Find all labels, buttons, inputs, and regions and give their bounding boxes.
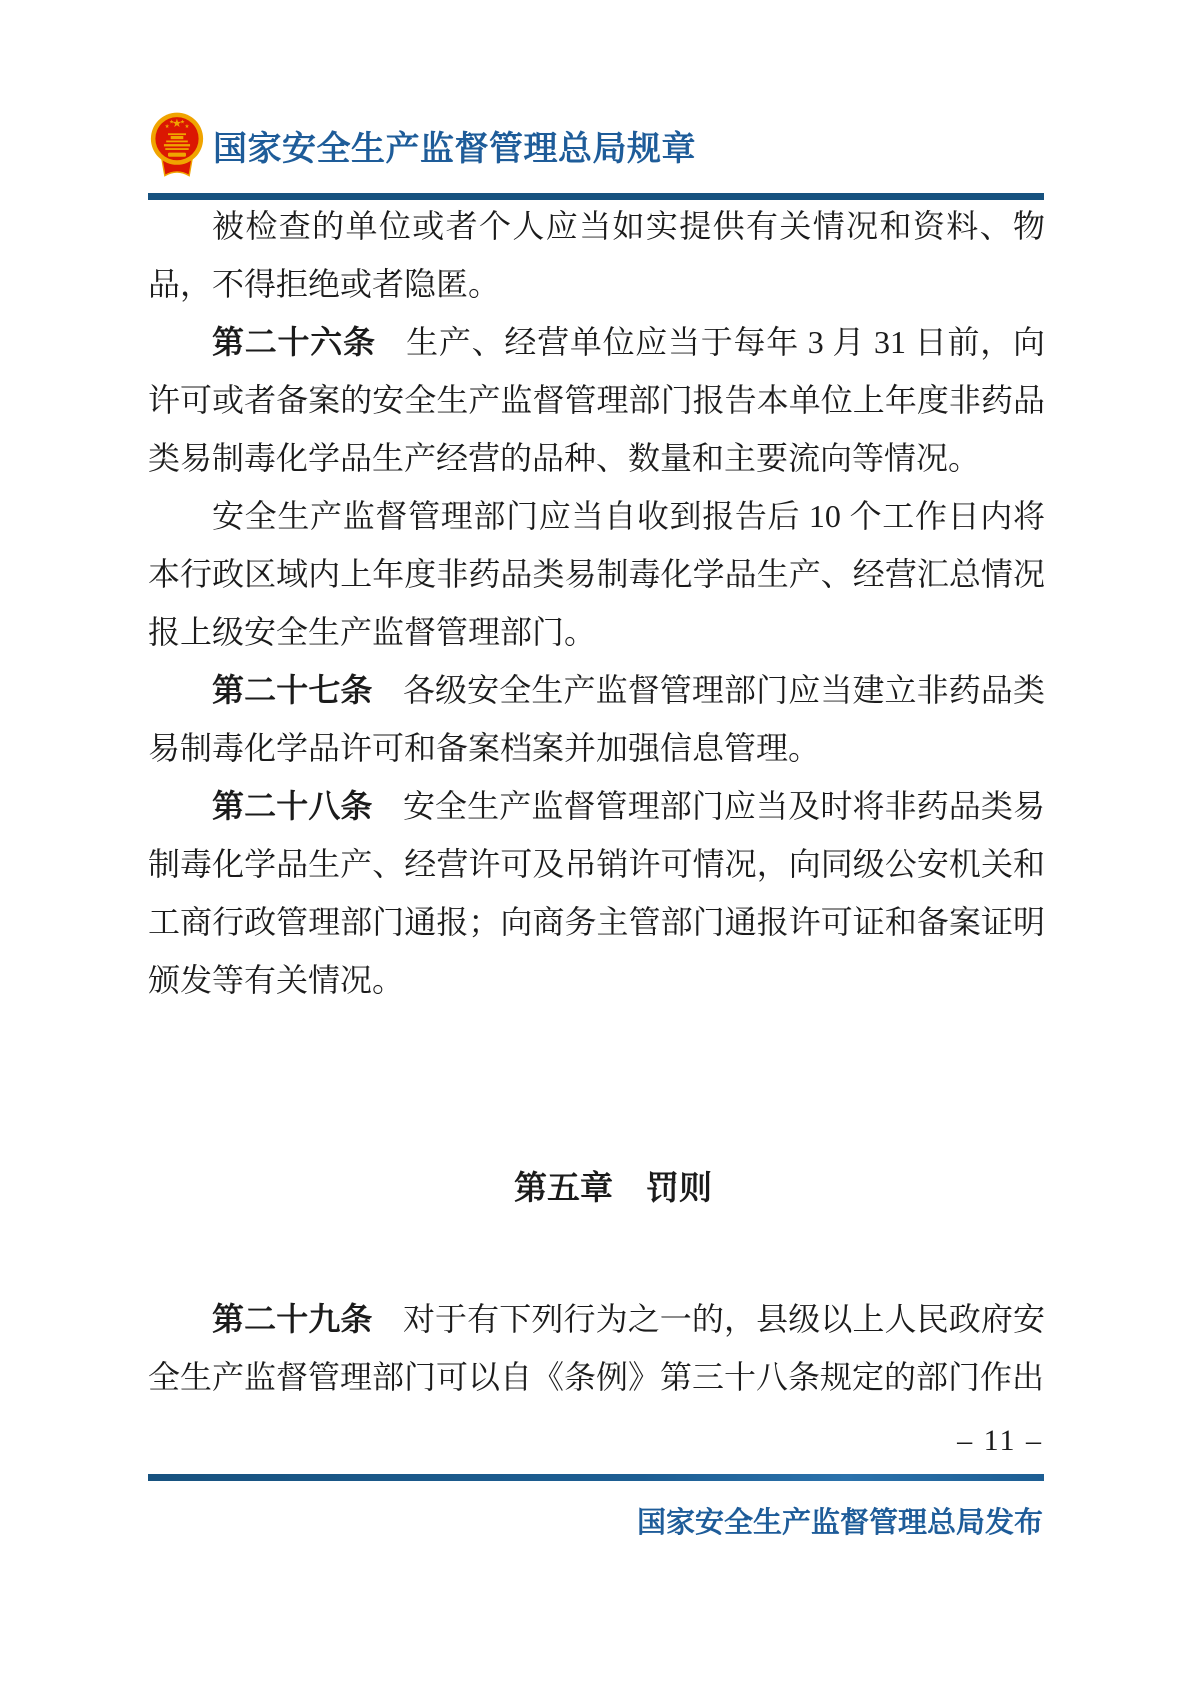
- document-page: ★ ★ ★ ★ ★ 国家安全生产监督管理总局规章 被检查的单位或者个人应当如实提…: [0, 0, 1190, 1683]
- article-number: 第二十六条: [212, 324, 376, 360]
- paragraph: 第二十六条生产、经营单位应当于每年 3 月 31 日前，向许可或者备案的安全生产…: [148, 313, 1045, 487]
- paragraph: 第二十七条各级安全生产监督管理部门应当建立非药品类易制毒化学品许可和备案档案并加…: [148, 661, 1045, 777]
- footer-publisher: 国家安全生产监督管理总局发布: [637, 1503, 1043, 1543]
- header-title: 国家安全生产监督管理总局规章: [213, 121, 696, 170]
- article-number: 第二十八条: [212, 788, 373, 824]
- paragraph: 第二十八条安全生产监督管理部门应当及时将非药品类易制毒化学品生产、经营许可及吊销…: [148, 777, 1045, 1009]
- footer-rule: [148, 1474, 1044, 1481]
- article-number: 第二十七条: [212, 672, 373, 708]
- national-emblem-icon: ★ ★ ★ ★ ★: [150, 110, 204, 180]
- paragraph: 第二十九条对于有下列行为之一的，县级以上人民政府安全生产监督管理部门可以自《条例…: [148, 1290, 1045, 1406]
- chapter-heading: 第五章 罚则: [148, 1159, 1045, 1217]
- svg-text:★: ★: [184, 124, 189, 130]
- article-number: 第二十九条: [212, 1301, 373, 1337]
- document-body: 被检查的单位或者个人应当如实提供有关情况和资料、物品，不得拒绝或者隐匿。第二十六…: [148, 197, 1045, 1406]
- document-header: ★ ★ ★ ★ ★ 国家安全生产监督管理总局规章: [150, 110, 696, 180]
- svg-text:★: ★: [169, 119, 174, 125]
- paragraph: 被检查的单位或者个人应当如实提供有关情况和资料、物品，不得拒绝或者隐匿。: [148, 197, 1045, 313]
- page-number: – 11 –: [957, 1422, 1043, 1460]
- paragraph: 安全生产监督管理部门应当自收到报告后 10 个工作日内将本行政区域内上年度非药品…: [148, 487, 1045, 661]
